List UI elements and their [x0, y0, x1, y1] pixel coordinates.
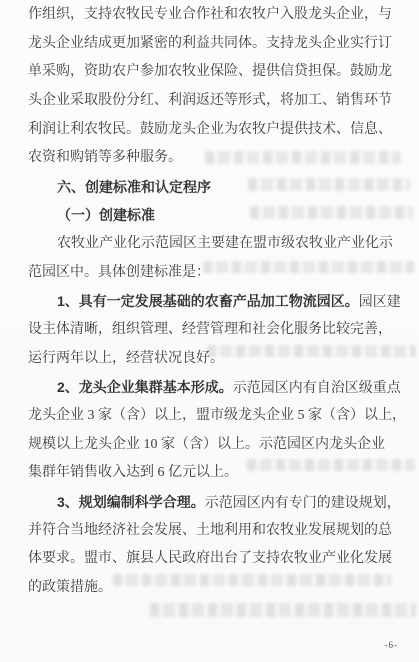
document-text: 作组织，支持农牧民专业合作社和农牧户入股龙头企业，与龙头企业结成更加紧密的利益共…: [28, 0, 396, 602]
document-page: 作组织，支持农牧民专业合作社和农牧户入股龙头企业，与龙头企业结成更加紧密的利益共…: [0, 0, 419, 662]
bold-text-run: 六、创建标准和认定程序: [57, 179, 211, 195]
text-run: 集群年销售收入达到 6 亿元以上。: [28, 465, 238, 480]
bold-text-run: 1、具有一定发展基础的农畜产品加工物流园区。: [57, 293, 359, 309]
text-run: 设主体清晰，组织管理、经营管理和社会化服务比较完善，: [28, 322, 392, 337]
text-line: 运行两年以上，经营状况良好。: [28, 345, 396, 374]
page-number: -6-: [385, 640, 399, 650]
text-line: 3、规划编制科学合理。示范园区内有专门的建设规划，: [28, 488, 396, 517]
bold-text-run: 3、规划编制科学合理。: [57, 494, 205, 510]
text-line: 的政策措施。: [28, 574, 396, 603]
text-line: 范园区中。具体创建标准是：: [28, 259, 396, 288]
text-run: 龙头企业结成更加紧密的利益共同体。支持龙头企业实行订: [28, 36, 392, 51]
text-line: 体要求。盟市、旗县人民政府出台了支持农牧业产业化发展: [28, 545, 396, 574]
section-heading: 六、创建标准和认定程序: [28, 173, 396, 202]
text-line: 1、具有一定发展基础的农畜产品加工物流园区。园区建: [28, 287, 396, 316]
text-run: 体要求。盟市、旗县人民政府出台了支持农牧业产业化发展: [28, 551, 392, 566]
text-run: 示范园区内有专门的建设规划，: [205, 496, 401, 511]
text-line: 农资和购销等多种服务。: [28, 144, 396, 173]
text-run: 作组织，支持农牧民专业合作社和农牧户入股龙头企业，与: [28, 7, 392, 22]
text-line: 作组织，支持农牧民专业合作社和农牧户入股龙头企业，与: [28, 1, 396, 30]
text-run: 示范园区内有自治区级重点: [233, 381, 401, 396]
text-run: 利润让利农牧民。鼓励龙头企业为农牧户提供技术、信息、: [28, 122, 392, 137]
text-run: 并符合当地经济社会发展、土地利用和农牧业发展规划的总: [28, 523, 392, 538]
bold-text-run: （一）创建标准: [57, 207, 155, 223]
text-line: 头企业采取股份分红、利润返还等形式，将加工、销售环节: [28, 87, 396, 116]
text-run: 园区建: [359, 295, 401, 310]
text-line: 规模以上龙头企业 10 家（含）以上。示范园区内龙头企业: [28, 431, 396, 460]
text-run: 范园区中。具体创建标准是：: [28, 265, 210, 280]
text-line: 利润让利农牧民。鼓励龙头企业为农牧户提供技术、信息、: [28, 116, 396, 145]
text-run: 农资和购销等多种服务。: [28, 150, 182, 165]
text-line: 单采购，资助农户参加农牧业保险、提供信贷担保。鼓励龙: [28, 58, 396, 87]
text-line: 2、龙头企业集群基本形成。示范园区内有自治区级重点: [28, 373, 396, 402]
section-heading: （一）创建标准: [28, 201, 396, 230]
text-line: 并符合当地经济社会发展、土地利用和农牧业发展规划的总: [28, 517, 396, 546]
text-line: 龙头企业结成更加紧密的利益共同体。支持龙头企业实行订: [28, 30, 396, 59]
text-run: 规模以上龙头企业 10 家（含）以上。示范园区内龙头企业: [28, 437, 385, 452]
text-line: 农牧业产业化示范园区主要建在盟市级农牧业产业化示: [28, 230, 396, 259]
text-run: 运行两年以上，经营状况良好。: [28, 351, 224, 366]
text-run: 龙头企业 3 家（含）以上，盟市级龙头企业 5 家（含）以上，: [28, 408, 406, 423]
text-run: 农牧业产业化示范园区主要建在盟市级农牧业产业化示: [57, 236, 393, 251]
text-line: 集群年销售收入达到 6 亿元以上。: [28, 459, 396, 488]
text-run: 的政策措施。: [28, 580, 112, 595]
text-line: 设主体清晰，组织管理、经营管理和社会化服务比较完善，: [28, 316, 396, 345]
text-run: 单采购，资助农户参加农牧业保险、提供信贷担保。鼓励龙: [28, 64, 392, 79]
text-line: 龙头企业 3 家（含）以上，盟市级龙头企业 5 家（含）以上，: [28, 402, 396, 431]
text-run: 头企业采取股份分红、利润返还等形式，将加工、销售环节: [28, 93, 392, 108]
bleedthrough-artifact: [150, 603, 416, 617]
bold-text-run: 2、龙头企业集群基本形成。: [57, 379, 233, 395]
